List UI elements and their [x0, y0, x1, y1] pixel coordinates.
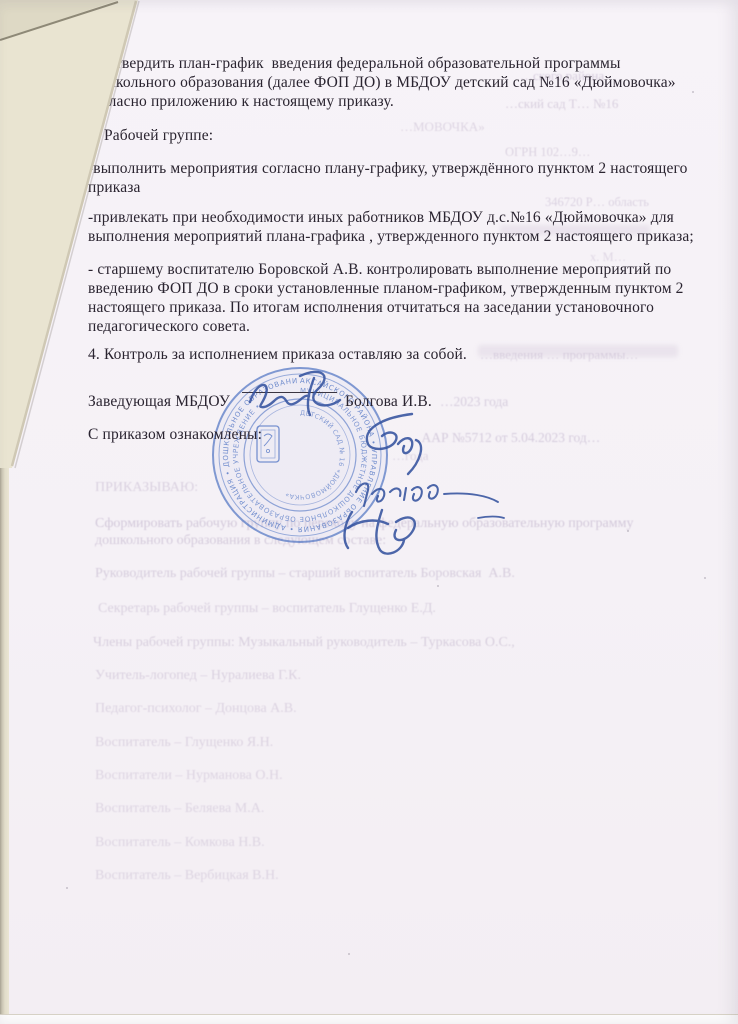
- bullet-2-line-1: -привлекать при необходимости иных работ…: [88, 209, 674, 227]
- dust-speck: [704, 577, 706, 579]
- showthrough-line: Секретарь рабочей группы – воспитатель Г…: [98, 601, 436, 617]
- showthrough-line: Учитель-логопед – Нуралиева Г.К.: [95, 668, 301, 684]
- dust-speck: [348, 953, 350, 955]
- signatures: [230, 360, 530, 570]
- scanner-bottom-edge: [0, 1014, 738, 1024]
- page-corner-fold: [0, 0, 170, 475]
- director-signature-flourish: [300, 372, 340, 405]
- showthrough-line: Члены рабочей группы: Музыкальный руково…: [93, 635, 515, 651]
- showthrough-line: ОГРН 102…9…: [505, 145, 590, 160]
- showthrough-line: 346720 Р… область: [545, 195, 649, 210]
- ack-signature-dash: [478, 517, 504, 519]
- bullet-3-line-1: - старшему воспитателю Боровской А.В. ко…: [88, 261, 671, 279]
- dust-speck: [66, 887, 68, 889]
- dust-speck: [627, 530, 629, 532]
- director-signature: [250, 385, 309, 407]
- dust-speck: [692, 91, 694, 93]
- ack-signature-1c: [408, 440, 421, 474]
- dust-speck: [437, 585, 439, 587]
- showthrough-line: …МОВОЧКА»: [400, 119, 485, 135]
- showthrough-line: ПРИКАЗЫВАЮ:: [95, 480, 198, 496]
- ack-signature-1: [367, 414, 412, 449]
- showthrough-line: Воспитатель – Глущенко Я.Н.: [95, 735, 273, 751]
- showthrough-line: Воспитатель – Комкова Н.В.: [95, 835, 265, 851]
- ack-signature-3: [345, 510, 415, 554]
- bullet-3-line-3: настоящего приказа. По итогам исполнения…: [88, 299, 654, 317]
- scanned-order-page: ПРИКАЗЫВАЮ:Сформировать рабочую группу п…: [0, 0, 738, 1024]
- showthrough-line: …ский сад Т… №16: [505, 96, 618, 112]
- showthrough-line: Воспитатели – Нурманова О.Н.: [95, 768, 283, 784]
- bullet-1-line-1: -выполнить мероприятия согласно плану-гр…: [88, 160, 688, 178]
- bullet-3-line-2: введению ФОП ДО в сроки установленные пл…: [88, 280, 684, 298]
- showthrough-line: Воспитатель – Беляева М.А.: [95, 801, 264, 817]
- ack-signature-2-tail: [444, 493, 498, 502]
- showthrough-line: Воспитатель – Вербицкая В.Н.: [95, 868, 279, 884]
- bullet-2-line-2: выполнения мероприятий плана-графика , у…: [88, 228, 694, 246]
- paragraph-2-line-2: дошкольного образования (далее ФОП ДО) в…: [88, 74, 676, 92]
- ack-signature-1b: [398, 438, 412, 453]
- showthrough-line: Педагог-психолог – Донцова А.В.: [95, 701, 297, 717]
- ack-signature-2: [356, 483, 438, 506]
